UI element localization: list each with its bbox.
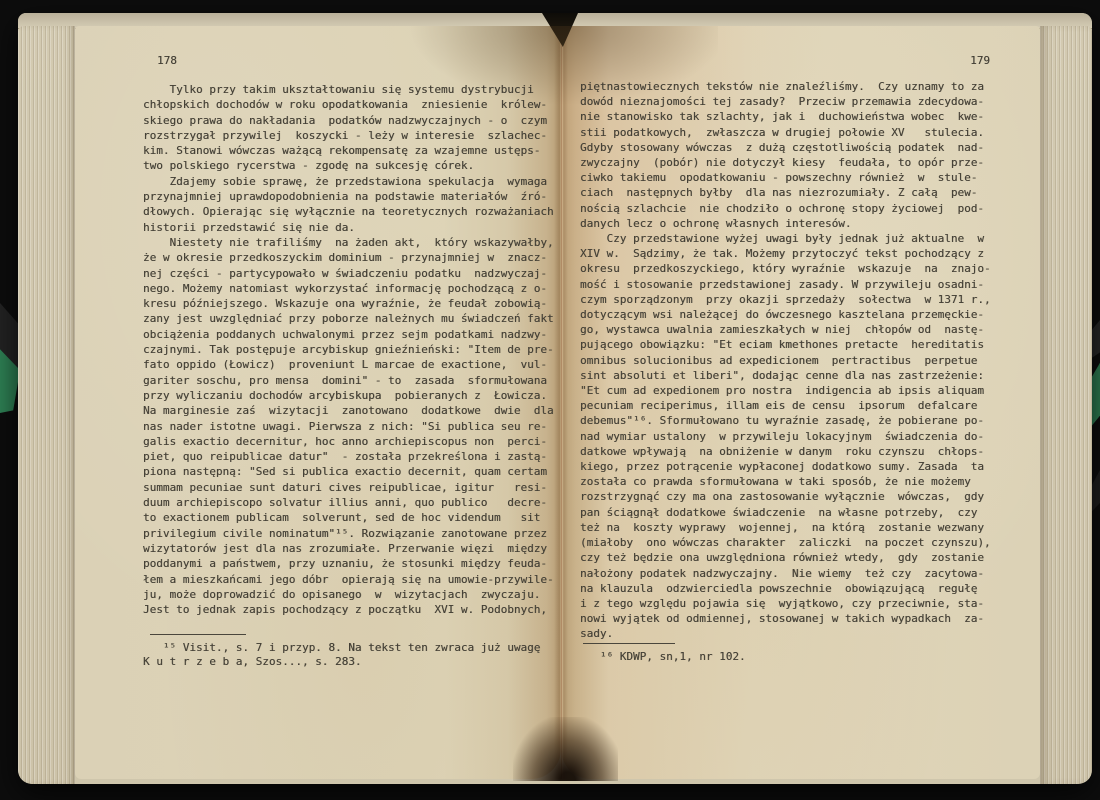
text-line: summam pecuniae sunt daturi cives reipub… xyxy=(143,480,553,495)
text-line: okresu przedkoszyckiego, który wyraźnie … xyxy=(580,261,992,276)
text-line: piet, quo reipublicae datur" - została p… xyxy=(143,449,553,464)
text-line: galis exactio decernitur, hoc anno archi… xyxy=(143,434,553,449)
text-line: została co prawda sformułowana w taki sp… xyxy=(580,474,992,489)
page-text-right: piętnastowiecznych tekstów nie znaleźliś… xyxy=(580,79,992,642)
book-left-page-edge-stack xyxy=(18,26,75,784)
page-number-right: 179 xyxy=(930,54,990,67)
text-line: danych lecz o ochronę własnych interesów… xyxy=(580,216,992,231)
text-line: XIV w. Sądzimy, że tak. Możemy przytoczy… xyxy=(580,246,992,261)
text-line: nej części - partycypowało w świadczeniu… xyxy=(143,266,553,281)
text-line: stii podatkowych, zwłaszcza w drugiej po… xyxy=(580,125,992,140)
text-line: czy też będzie ona uwzględniona również … xyxy=(580,550,992,565)
text-line: że w okresie przedkoszyckim dominium - p… xyxy=(143,250,553,265)
text-line: ju, może doprowadzić do opisanego w wizy… xyxy=(143,587,553,602)
text-line: zany jest uwzględniać przy poborze należ… xyxy=(143,311,553,326)
text-line: omnibus solucionibus ad expedicionem per… xyxy=(580,353,992,368)
text-line: dowód nieznajomości tej zasady? Przeciw … xyxy=(580,94,992,109)
text-line: dłowych. Opierając się wyłącznie na teor… xyxy=(143,204,553,219)
text-line: pującego obowiązku: "Et eciam kmethones … xyxy=(580,337,992,352)
text-line: nością szlachcie nie chodziło o ochronę … xyxy=(580,201,992,216)
text-line: Jest to jednak zapis pochodzący z począt… xyxy=(143,602,553,617)
footnote-right: ¹⁶ KDWP, sn,1, nr 102. xyxy=(580,650,746,664)
text-line: Niestety nie trafiliśmy na żaden akt, kt… xyxy=(143,235,553,250)
text-line: zwyczajny (pobór) nie dotyczył kiesy feu… xyxy=(580,155,992,170)
text-line: rozstrzygnąć czy ma ona zastosowanie wył… xyxy=(580,489,992,504)
text-line: dotyczącym wsi należącej do ówczesnego k… xyxy=(580,307,992,322)
text-line: przy wyliczaniu dochodów arcybiskupa pob… xyxy=(143,388,553,403)
text-line: czajnymi. Tak postępuje arcybiskup gnieź… xyxy=(143,342,553,357)
text-line: kim. Stanowi wówczas ważącą rekompensatę… xyxy=(143,143,553,158)
footnote-rule-left xyxy=(150,634,246,635)
text-line: Na marginesie zaś wizytacji zanotowano d… xyxy=(143,403,553,418)
text-line: datkowe wpływają na obniżenie w danym ro… xyxy=(580,444,992,459)
text-line: na klauzula odzwierciedla powszechnie ob… xyxy=(580,581,992,596)
text-line: ciwko takiemu opodatkowaniu - powszechny… xyxy=(580,170,992,185)
text-line: pan ściągnął dodatkowe świadczenie na wł… xyxy=(580,505,992,520)
text-line: (miałoby ono wówczas charakter zaliczki … xyxy=(580,535,992,550)
text-line: Tylko przy takim ukształtowaniu się syst… xyxy=(143,82,553,97)
text-line: "Et cum ad expedionem pro nostra indigen… xyxy=(580,383,992,398)
text-line: sint absoluti et liberi", dodając cenne … xyxy=(580,368,992,383)
text-line: nego. Możemy natomiast wykorzystać infor… xyxy=(143,281,553,296)
text-line: piona następną: "Sed si publica exactio … xyxy=(143,464,553,479)
text-line: łem a mieszkańcami jego dóbr opierają si… xyxy=(143,572,553,587)
page-text-left: Tylko przy takim ukształtowaniu się syst… xyxy=(143,82,553,617)
text-line: gariter soschu, pro mensa domini" - to z… xyxy=(143,373,553,388)
text-line: poddanymi a państwem, przy uznaniu, że s… xyxy=(143,556,553,571)
text-line: Gdyby stosowany wówczas z dużą częstotli… xyxy=(580,140,992,155)
text-line: K u t r z e b a, Szos..., s. 283. xyxy=(143,655,540,669)
text-line: chłopskich dochodów w roku opodatkowania… xyxy=(143,97,553,112)
text-line: ciach następnych byłby dla nas niezrozum… xyxy=(580,185,992,200)
text-line: czym sporządzonym przy okazji sprzedaży … xyxy=(580,292,992,307)
text-line: piętnastowiecznych tekstów nie znaleźliś… xyxy=(580,79,992,94)
text-line: przynajmniej uprawdopodobnienia na podst… xyxy=(143,189,553,204)
footnote-left: ¹⁵ Visit., s. 7 i przyp. 8. Na tekst ten… xyxy=(143,641,540,668)
text-line: go, wystawca uwalnia zamieszkałych w nie… xyxy=(580,322,992,337)
text-line: duum archiepiscopo solvatur illius anni,… xyxy=(143,495,553,510)
text-line: i z tego względu pojawia się wyjątkowo, … xyxy=(580,596,992,611)
text-line: debemus"¹⁶. Sformułowano tu wyraźnie zas… xyxy=(580,413,992,428)
text-line: historii przedstawić się nie da. xyxy=(143,220,553,235)
open-book: 178 179 Tylko przy takim ukształtowaniu … xyxy=(18,13,1092,784)
text-line: nas nader istotne uwagi. Pierwsza z nich… xyxy=(143,419,553,434)
text-line: wizytatorów jest dla nas zrozumiałe. Prz… xyxy=(143,541,553,556)
text-line: to exactionem publicam solverunt, sed de… xyxy=(143,510,553,525)
text-line: kresu późniejszego. Wskazuje ona wyraźni… xyxy=(143,296,553,311)
text-line: skiego prawa do nakładania podatków nadz… xyxy=(143,113,553,128)
text-line: nałożony podatek nadzwyczajny. Nie wiemy… xyxy=(580,566,992,581)
text-line: mość i stosowanie przedstawionej zasady.… xyxy=(580,277,992,292)
text-line: ¹⁵ Visit., s. 7 i przyp. 8. Na tekst ten… xyxy=(143,641,540,655)
text-line: pecuniam reciperimus, illam eis de censu… xyxy=(580,398,992,413)
text-line: Zdajemy sobie sprawę, że przedstawiona s… xyxy=(143,174,553,189)
footnote-rule-right xyxy=(583,643,675,644)
text-line: two polskiego rycerstwa - zgodę na sukce… xyxy=(143,158,553,173)
text-line: fato oppido (Łowicz) proveniunt L marcae… xyxy=(143,357,553,372)
text-line: rozstrzygał przywilej koszycki - leży w … xyxy=(143,128,553,143)
text-line: Czy przedstawione wyżej uwagi były jedna… xyxy=(580,231,992,246)
text-line: też na koszty wyprawy wojennej, na którą… xyxy=(580,520,992,535)
text-line: nowi wyjątek od odmiennej, stosowanej w … xyxy=(580,611,992,626)
book-gutter-bottom-shadow xyxy=(513,717,618,781)
book-right-page-edge-stack xyxy=(1040,26,1092,784)
text-line: nie stanowisko tak szlachty, jak i ducho… xyxy=(580,109,992,124)
text-line: kiego, przez potrącenie wypłaconej dodat… xyxy=(580,459,992,474)
text-line: ¹⁶ KDWP, sn,1, nr 102. xyxy=(580,650,746,664)
text-line: nad wymiar ustalony w przywileju lokacyj… xyxy=(580,429,992,444)
text-line: sady. xyxy=(580,626,992,641)
text-line: obciążenia poddanych uchwalonymi przez s… xyxy=(143,327,553,342)
text-line: privilegium civile nominatum"¹⁵. Rozwiąz… xyxy=(143,526,553,541)
page-number-left: 178 xyxy=(157,54,177,67)
book-gutter xyxy=(554,26,568,779)
photo-backdrop: 178 179 Tylko przy takim ukształtowaniu … xyxy=(0,0,1100,800)
